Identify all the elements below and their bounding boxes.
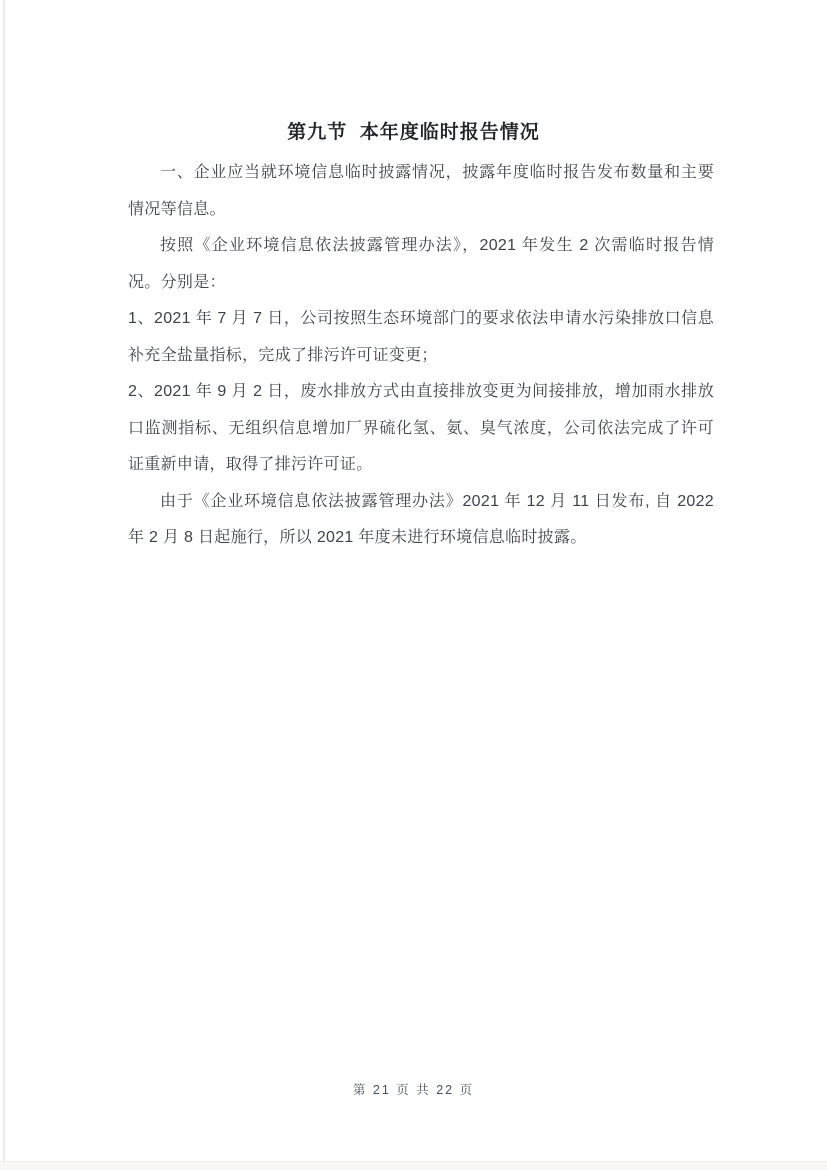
paragraph-intro: 一、企业应当就环境信息临时披露情况，披露年度临时报告发布数量和主要情况等信息。 xyxy=(128,155,714,228)
document-body: 一、企业应当就环境信息临时披露情况，披露年度临时报告发布数量和主要情况等信息。 … xyxy=(128,155,714,557)
section-title: 第九节 本年度临时报告情况 xyxy=(0,117,827,144)
paragraph-conclusion: 由于《企业环境信息依法披露管理办法》2021 年 12 月 11 日发布, 自 … xyxy=(128,484,714,557)
document-page: 第九节 本年度临时报告情况 一、企业应当就环境信息临时披露情况，披露年度临时报告… xyxy=(0,0,827,1170)
scan-left-edge-line xyxy=(3,0,5,1162)
scan-bottom-edge-strip xyxy=(0,1161,827,1170)
paragraph-item-1: 1、2021 年 7 月 7 日，公司按照生态环境部门的要求依法申请水污染排放口… xyxy=(128,301,714,374)
paragraph-regulation: 按照《企业环境信息依法披露管理办法》，2021 年发生 2 次需临时报告情况。分… xyxy=(128,228,714,301)
paragraph-item-2: 2、2021 年 9 月 2 日，废水排放方式由直接排放变更为间接排放，增加雨水… xyxy=(128,374,714,484)
page-number-footer: 第 21 页 共 22 页 xyxy=(0,1080,827,1098)
